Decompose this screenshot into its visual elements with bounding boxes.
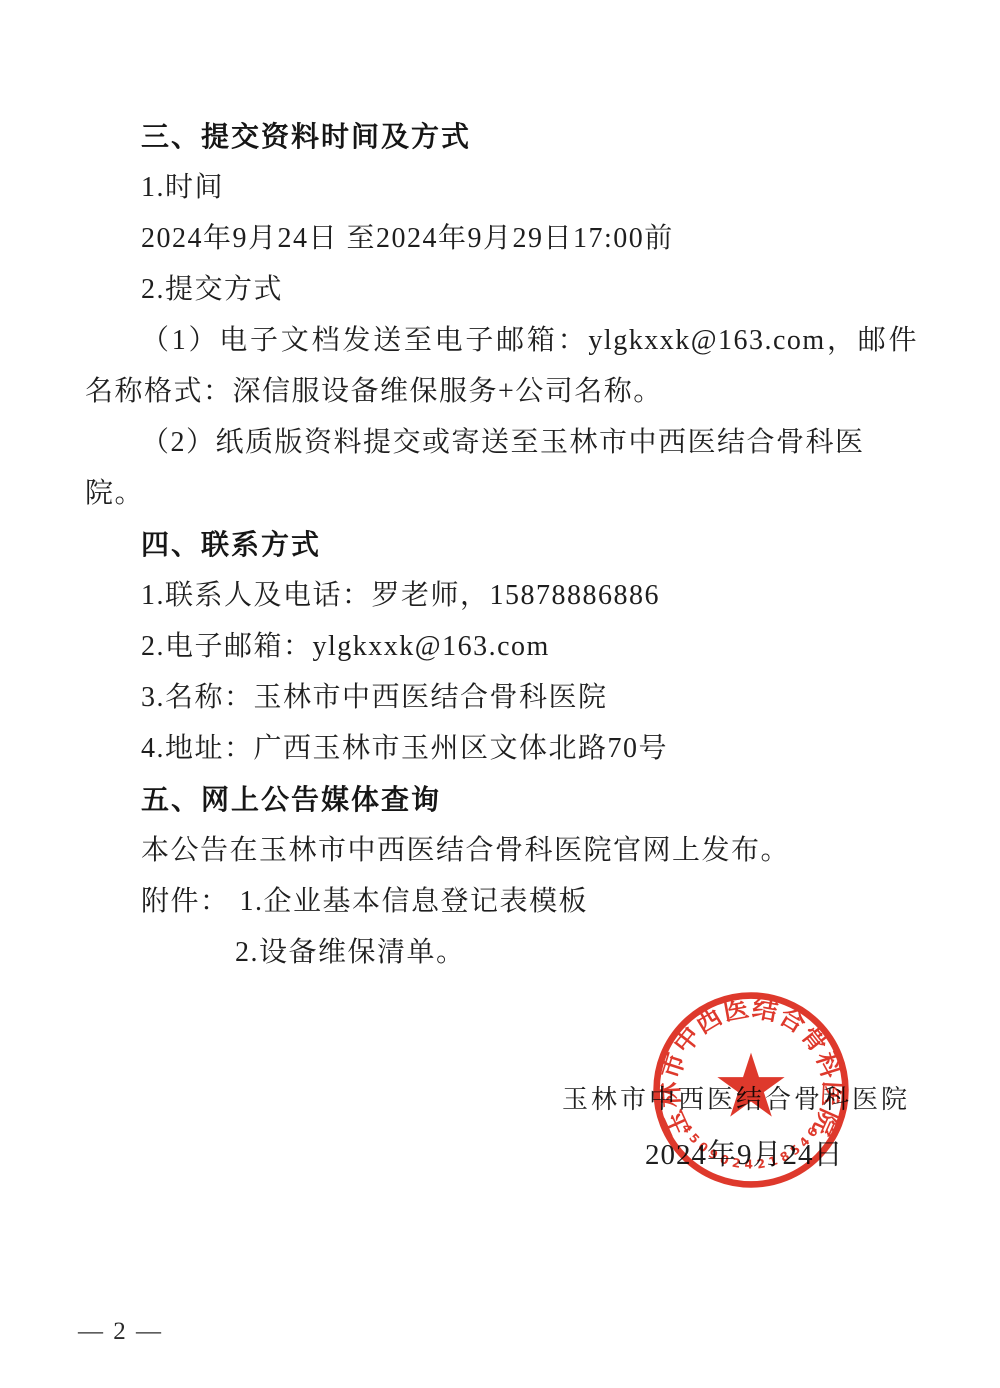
contact-address-line: 4.地址：广西玉林市玉州区文体北路70号 bbox=[85, 723, 918, 774]
contact-phone-line: 1.联系人及电话：罗老师，15878886886 bbox=[85, 570, 918, 621]
official-seal: 玉林市中西医结合骨科医院 4509024218546 bbox=[650, 989, 852, 1191]
time-value: 2024年9月24日 至2024年9月29日17:00前 bbox=[85, 213, 918, 264]
attachment-item-1: 1.企业基本信息登记表模板 bbox=[240, 886, 589, 917]
section-5-heading: 五、网上公告媒体查询 bbox=[85, 774, 918, 825]
section-5-body: 本公告在玉林市中西医结合骨科医院官网上发布。 bbox=[85, 825, 918, 876]
document-page: 三、提交资料时间及方式 1.时间 2024年9月24日 至2024年9月29日1… bbox=[0, 0, 1000, 1388]
section-3-heading: 三、提交资料时间及方式 bbox=[85, 111, 918, 162]
time-label: 1.时间 bbox=[85, 162, 918, 213]
attachments-label: 附件： bbox=[141, 886, 230, 917]
attachments-line: 附件：1.企业基本信息登记表模板 bbox=[85, 876, 918, 927]
document-body: 三、提交资料时间及方式 1.时间 2024年9月24日 至2024年9月29日1… bbox=[85, 111, 918, 978]
attachment-item-2: 2.设备维保清单。 bbox=[85, 927, 918, 978]
seal-code: 4509024218546 bbox=[679, 1121, 824, 1172]
page-number: — 2 — bbox=[78, 1318, 163, 1346]
submit-method-label: 2.提交方式 bbox=[85, 264, 918, 315]
seal-star-icon bbox=[717, 1053, 784, 1117]
contact-email-line: 2.电子邮箱：ylgkxxk@163.com bbox=[85, 621, 918, 672]
contact-name-line: 3.名称：玉林市中西医结合骨科医院 bbox=[85, 672, 918, 723]
svg-text:4509024218546: 4509024218546 bbox=[679, 1121, 824, 1172]
method-paper: （2）纸质版资料提交或寄送至玉林市中西医结合骨科医院。 bbox=[85, 417, 918, 519]
method-electronic: （1）电子文档发送至电子邮箱：ylgkxxk@163.com，邮件名称格式：深信… bbox=[85, 315, 918, 417]
section-4-heading: 四、联系方式 bbox=[85, 519, 918, 570]
